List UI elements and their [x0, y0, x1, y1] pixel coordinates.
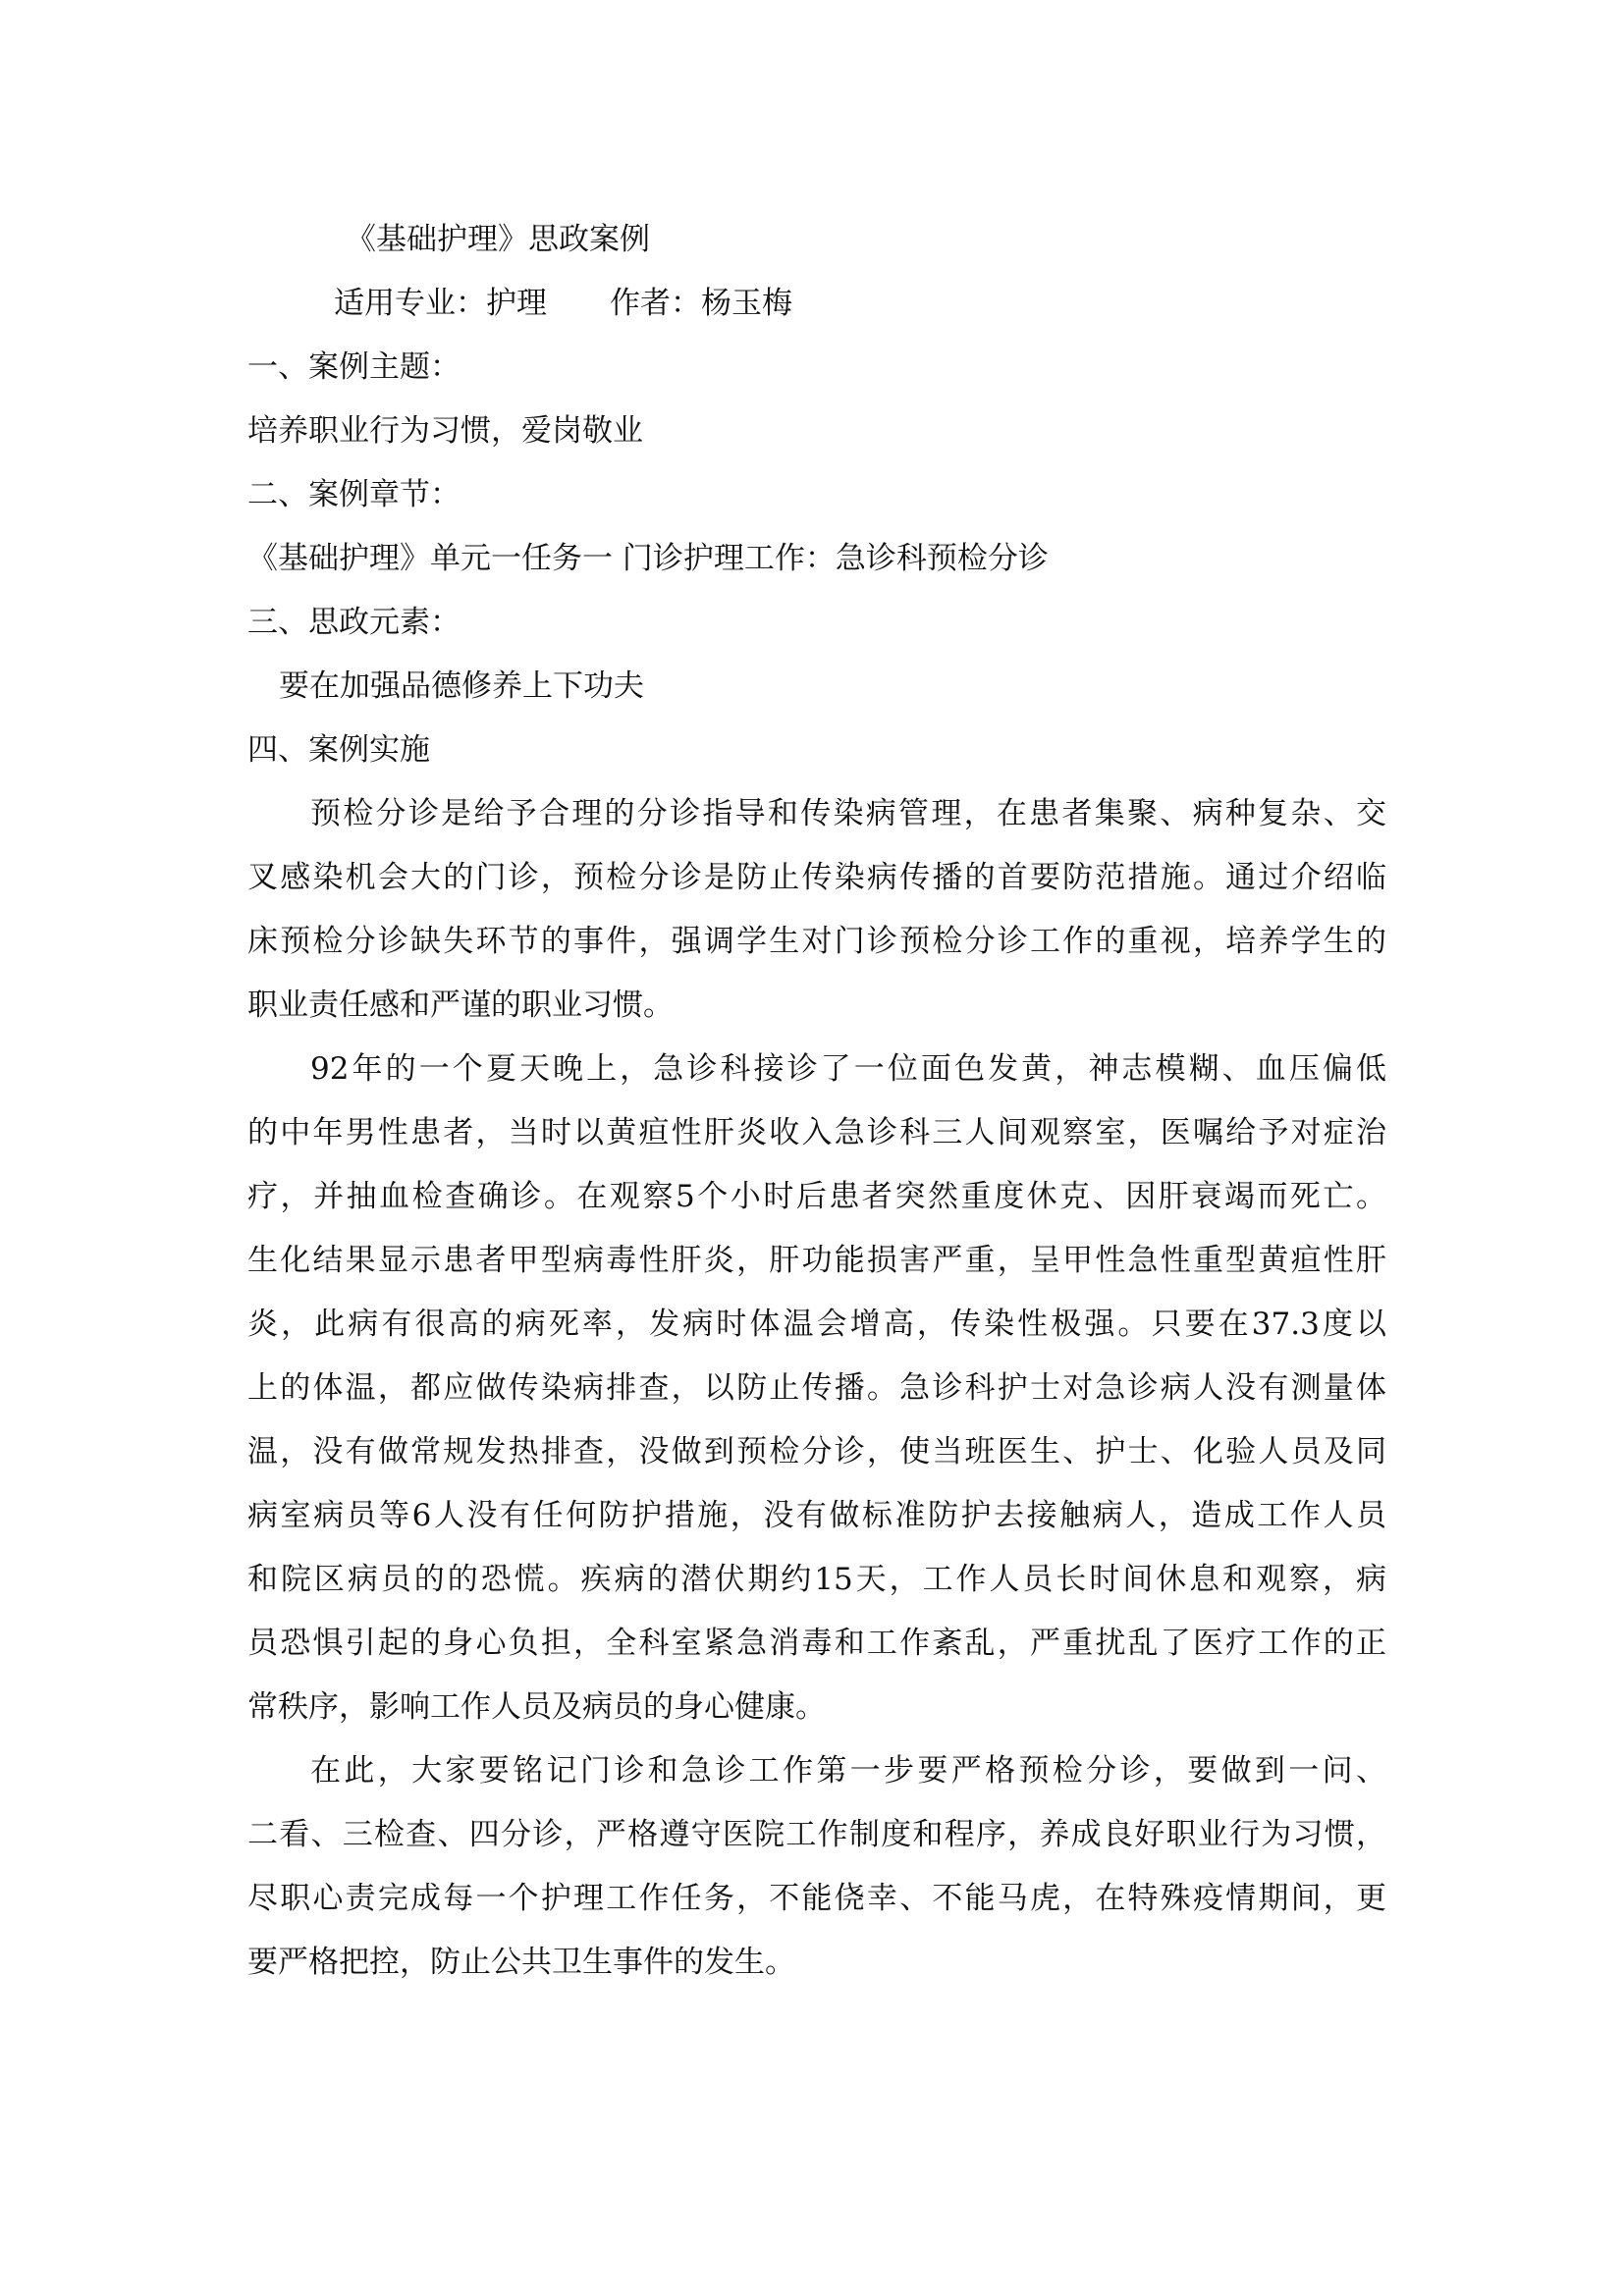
paragraph-line: 员恐惧引起的身心负担，全科室紧急消毒和工作紊乱，严重扰乱了医疗工作的正 — [247, 1612, 1386, 1676]
paragraph-line: 常秩序，影响工作人员及病员的身心健康。 — [247, 1676, 1386, 1739]
paragraph-line: 生化结果显示患者甲型病毒性肝炎，肝功能损害严重，呈甲性急性重型黄疸性肝 — [247, 1229, 1386, 1293]
author-label: 作者：杨玉梅 — [610, 286, 792, 321]
document-page: 《基础护理》思政案例 适用专业：护理作者：杨玉梅 一、案例主题： 培养职业行为习… — [0, 0, 1624, 2296]
paragraph-line: 床预检分诊缺失环节的事件，强调学生对门诊预检分诊工作的重视，培养学生的 — [247, 910, 1386, 974]
document-title: 《基础护理》思政案例 — [247, 208, 1386, 272]
paragraph-line: 92年的一个夏天晚上，急诊科接诊了一位面色发黄，神志模糊、血压偏低 — [247, 1038, 1386, 1101]
paragraph-line: 要严格把控，防止公共卫生事件的发生。 — [247, 1931, 1386, 1995]
section-text-elements: 要在加强品德修养上下功夫 — [247, 655, 1386, 719]
section-heading-implementation: 四、案例实施 — [247, 719, 1386, 782]
paragraph-line: 在此，大家要铭记门诊和急诊工作第一步要严格预检分诊，要做到一问、 — [247, 1739, 1386, 1803]
paragraph-2: 92年的一个夏天晚上，急诊科接诊了一位面色发黄，神志模糊、血压偏低 的中年男性患… — [247, 1038, 1386, 1739]
paragraph-line: 疗，并抽血检查确诊。在观察5个小时后患者突然重度休克、因肝衰竭而死亡。 — [247, 1165, 1386, 1229]
paragraph-line: 上的体温，都应做传染病排查，以防止传播。急诊科护士对急诊病人没有测量体 — [247, 1357, 1386, 1420]
paragraph-line: 的中年男性患者，当时以黄疸性肝炎收入急诊科三人间观察室，医嘱给予对症治 — [247, 1101, 1386, 1165]
paragraph-line: 温，没有做常规发热排查，没做到预检分诊，使当班医生、护士、化验人员及同 — [247, 1420, 1386, 1484]
major-label: 适用专业：护理 — [334, 286, 547, 321]
paragraph-3: 在此，大家要铭记门诊和急诊工作第一步要严格预检分诊，要做到一问、 二看、三检查、… — [247, 1739, 1386, 1995]
section-text-chapter: 《基础护理》单元一任务一 门诊护理工作：急诊科预检分诊 — [247, 527, 1386, 591]
paragraph-line: 炎，此病有很高的病死率，发病时体温会增高，传染性极强。只要在37.3度以 — [247, 1293, 1386, 1357]
section-text-theme: 培养职业行为习惯，爱岗敬业 — [247, 400, 1386, 463]
paragraph-1: 预检分诊是给予合理的分诊指导和传染病管理，在患者集聚、病种复杂、交 叉感染机会大… — [247, 782, 1386, 1038]
section-heading-elements: 三、思政元素： — [247, 591, 1386, 655]
document-meta: 适用专业：护理作者：杨玉梅 — [247, 272, 1386, 336]
section-heading-chapter: 二、案例章节： — [247, 463, 1386, 527]
paragraph-line: 预检分诊是给予合理的分诊指导和传染病管理，在患者集聚、病种复杂、交 — [247, 782, 1386, 846]
document-body: 《基础护理》思政案例 适用专业：护理作者：杨玉梅 一、案例主题： 培养职业行为习… — [247, 208, 1386, 1995]
paragraph-line: 病室病员等6人没有任何防护措施，没有做标准防护去接触病人，造成工作人员 — [247, 1484, 1386, 1548]
paragraph-line: 尽职心责完成每一个护理工作任务，不能侥幸、不能马虎，在特殊疫情期间，更 — [247, 1867, 1386, 1931]
section-heading-theme: 一、案例主题： — [247, 336, 1386, 400]
paragraph-line: 职业责任感和严谨的职业习惯。 — [247, 974, 1386, 1038]
paragraph-line: 二看、三检查、四分诊，严格遵守医院工作制度和程序，养成良好职业行为习惯， — [247, 1803, 1386, 1867]
paragraph-line: 和院区病员的的恐慌。疾病的潜伏期约15天，工作人员长时间休息和观察，病 — [247, 1548, 1386, 1612]
paragraph-line: 叉感染机会大的门诊，预检分诊是防止传染病传播的首要防范措施。通过介绍临 — [247, 846, 1386, 910]
